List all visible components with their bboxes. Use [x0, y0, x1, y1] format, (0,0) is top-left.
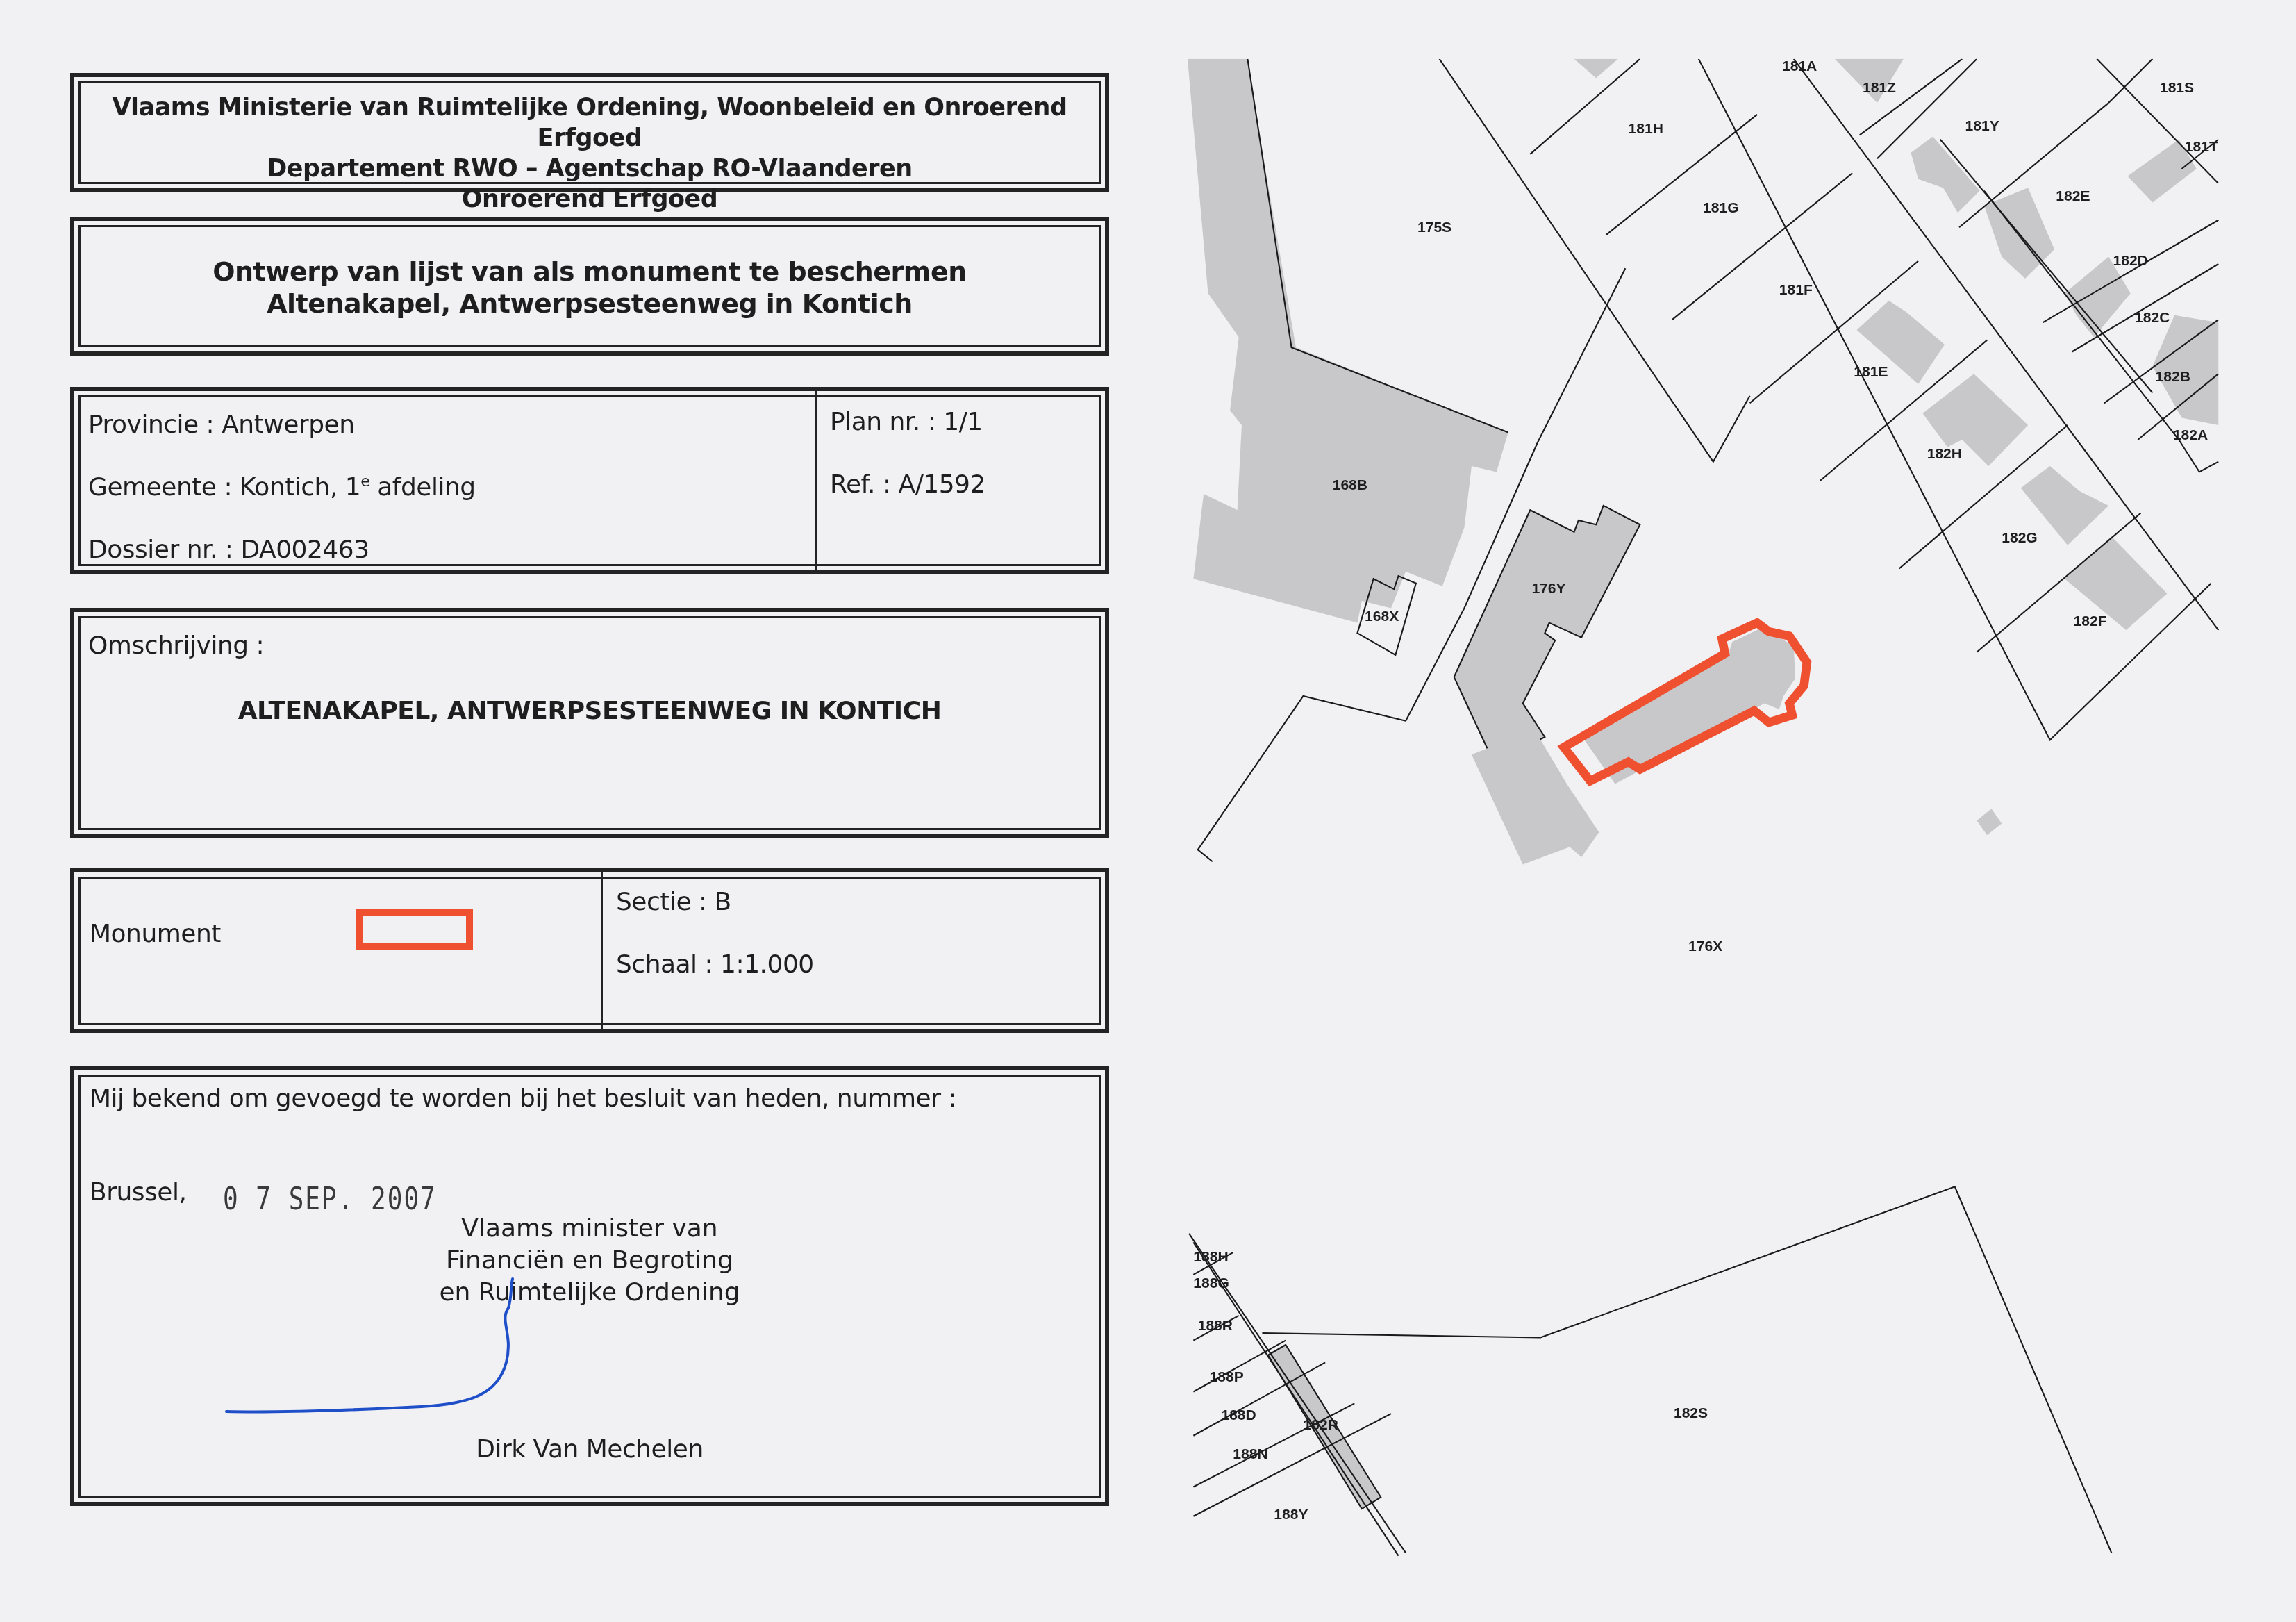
- parcel-label: 181A: [1782, 58, 1817, 74]
- boundary: [1198, 696, 1406, 861]
- boundary: [2043, 220, 2218, 323]
- parcel-label: 188R: [1198, 1318, 1233, 1334]
- parcel-label: 182H: [1927, 446, 1962, 462]
- parcel-labels: 175S 181H 181G 181F 181E 181A 181Z 181Y …: [1193, 58, 2218, 1523]
- building: [1574, 59, 1618, 78]
- monument-altenakapel: [1564, 623, 1807, 784]
- parcel-label: 176Y: [1531, 581, 1565, 597]
- parcel-label: 188G: [1193, 1275, 1229, 1291]
- parcel-label: 182F: [2074, 613, 2107, 629]
- parcel-label: 188P: [1210, 1369, 1244, 1385]
- parcel-label: 188H: [1193, 1249, 1228, 1265]
- boundary: [2108, 59, 2152, 103]
- boundary: [1672, 173, 1852, 320]
- parcel-label: 168B: [1333, 477, 1367, 493]
- parcel-label: 188Y: [1274, 1507, 1308, 1523]
- parcel-label: 182B: [2156, 369, 2190, 385]
- chapel-building: [1584, 627, 1795, 784]
- boundary: [1262, 1186, 2111, 1553]
- parcel-label: 182D: [2113, 253, 2147, 269]
- parcel-label: 182E: [2056, 188, 2090, 204]
- parcel-label: 182C: [2135, 310, 2170, 326]
- parcel-label: 168X: [1365, 609, 1399, 624]
- parcel-label: 175S: [1417, 220, 1451, 235]
- boundary: [1530, 59, 1640, 154]
- parcel-label: 181G: [1703, 200, 1739, 216]
- building-168b: [1188, 59, 1508, 623]
- parcel-label: 182G: [2002, 530, 2038, 546]
- parcel-label: 182A: [2173, 427, 2208, 443]
- cadastral-map: 175S 181H 181G 181F 181E 181A 181Z 181Y …: [0, 0, 2296, 1622]
- parcel-label: 181T: [2185, 139, 2218, 155]
- parcel-label: 181F: [1779, 282, 1813, 298]
- buildings-layer: [1188, 59, 2218, 1509]
- parcel-label: 176X: [1688, 938, 1722, 954]
- parcel-label: 182R: [1303, 1417, 1338, 1433]
- parcel-label: 181H: [1629, 121, 1663, 137]
- parcel-label: 181S: [2160, 80, 2194, 96]
- building-small: [1977, 809, 2002, 835]
- parcel-label: 181E: [1854, 364, 1888, 380]
- parcel-boundaries: [1189, 59, 2218, 1556]
- boundary: [1440, 59, 1750, 462]
- parcel-label: 181Y: [1965, 118, 1999, 134]
- parcel-label: 188N: [1233, 1446, 1267, 1462]
- parcel-label: 188D: [1221, 1407, 1256, 1423]
- parcel-label: 182S: [1674, 1405, 1708, 1421]
- building-annex: [1472, 729, 1599, 864]
- parcel-label: 181Z: [1863, 80, 1896, 96]
